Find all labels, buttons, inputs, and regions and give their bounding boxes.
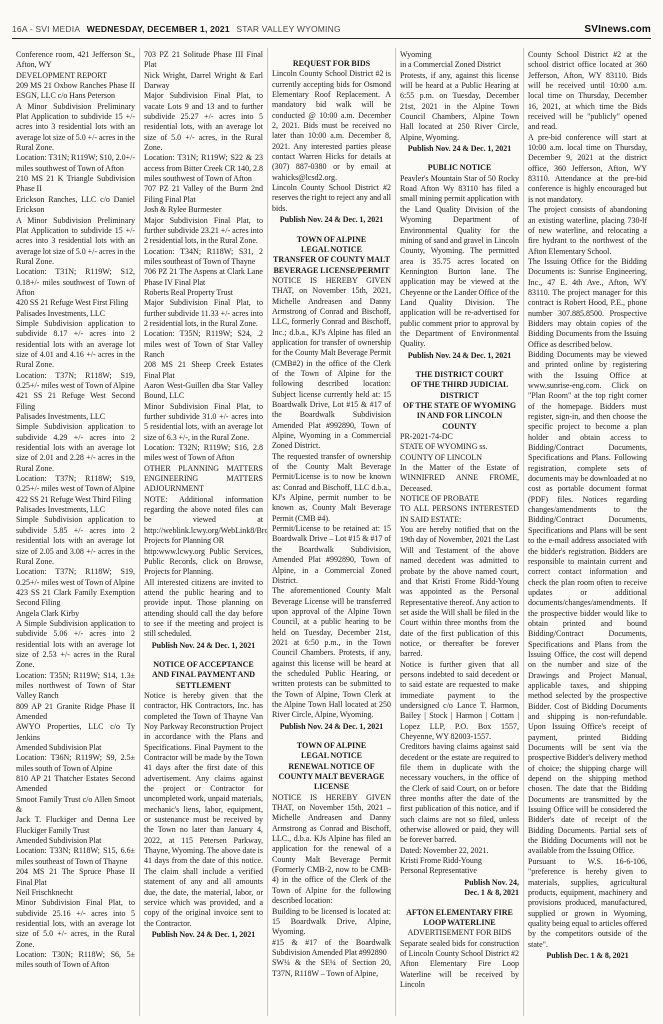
notice-paragraph: Palisades Investments, LLC <box>16 309 135 319</box>
notice-paragraph: Location: T36N; R119W; S9, 2.5± miles so… <box>16 753 135 774</box>
notice-heading: NOTICE OF ACCEPTANCE AND FINAL PAYMENT A… <box>144 660 263 691</box>
notice-heading: AFTON ELEMENTARY FIRE LOOP WATERLINE <box>400 908 519 929</box>
page-label: 16A - SVI MEDIA <box>12 24 80 34</box>
masthead: 16A - SVI MEDIA WEDNESDAY, DECEMBER 1, 2… <box>12 24 651 39</box>
notice-paragraph: Major Subdivision Final Plat, to further… <box>144 216 263 247</box>
notice-column-5: County School District #2 at the school … <box>523 48 651 1016</box>
newspaper-page: 16A - SVI MEDIA WEDNESDAY, DECEMBER 1, 2… <box>0 0 663 1024</box>
notice-paragraph: Josh & Rylee Burmester <box>144 205 263 215</box>
notice-paragraph: A Simple Subdivision application to subd… <box>16 619 135 671</box>
notice-paragraph: Building to be licensed is located at: 1… <box>272 907 391 938</box>
notice-paragraph: 703 PZ 21 Solitude Phase III Final Plat <box>144 50 263 71</box>
notice-column-4: Wyomingin a Commercial Zoned DistrictPro… <box>395 48 523 1016</box>
notice-paragraph: Separate sealed bids for construction of… <box>400 939 519 991</box>
notice-paragraph: Amended Subdivision Plat <box>16 743 135 753</box>
notice-paragraph: Location: T32N; R119W; S16, 2.8 miles we… <box>144 443 263 464</box>
notice-paragraph: Major Subdivision Final Plat, to vacate … <box>144 91 263 153</box>
notice-paragraph: Location: T35N; R119W; S14, 1.3± miles n… <box>16 671 135 702</box>
notice-paragraph: NOTICE IS HEREBY GIVEN THAT, on November… <box>272 276 391 452</box>
notice-paragraph: Location: T37N; R118W; S19, 0.25+/- mile… <box>16 371 135 392</box>
notice-heading: THE DISTRICT COURT OF THE THIRD JUDICIAL… <box>400 370 519 432</box>
notice-paragraph: Location: T31N; R119W; S10, 2.0+/- miles… <box>16 153 135 174</box>
notice-paragraph: NOTICE IS HEREBY GIVEN THAT, on November… <box>272 793 391 907</box>
notice-paragraph: 706 PZ 21 The Aspens at Clark Lane Phase… <box>144 267 263 288</box>
notice-paragraph: Aaron West-Guillen dba Star Valley Bound… <box>144 381 263 402</box>
notice-paragraph: A pre-bid conference will start at 10:00… <box>528 133 647 205</box>
notice-paragraph: Location: T35N; R119W; S24, .2 miles wes… <box>144 329 263 360</box>
notice-paragraph: A Minor Subdivision Preliminary Plat App… <box>16 216 135 268</box>
notice-heading: TOWN OF ALPINE LEGAL NOTICE TRANSFER OF … <box>272 235 391 276</box>
masthead-left: 16A - SVI MEDIA WEDNESDAY, DECEMBER 1, 2… <box>12 24 345 34</box>
notice-paragraph: Angela Clark Kirby <box>16 609 135 619</box>
notice-paragraph: Roberts Real Property Trust <box>144 288 263 298</box>
notice-paragraph: NOTE: Additional information regarding t… <box>144 495 263 547</box>
region-label: STAR VALLEY WYOMING <box>236 24 340 34</box>
website-label: SVInews.com <box>584 24 651 35</box>
notice-paragraph: Amended Subdivision Plat <box>16 836 135 846</box>
notice-paragraph: STATE OF WYOMING ss. <box>400 442 519 452</box>
notice-paragraph: Conference room, 421 Jefferson St., Afto… <box>16 50 135 71</box>
notice-paragraph: Nick Wright, Darrel Wright & Earl Darway <box>144 71 263 92</box>
notice-paragraph: 209 MS 21 Oxbow Ranches Phase II ESGN, L… <box>16 81 135 102</box>
notice-paragraph: Location: T31N; R119W; S22 & 23 access f… <box>144 153 263 184</box>
notice-paragraph: DEVELOPMENT REPORT <box>16 71 135 81</box>
notice-paragraph: A Minor Subdivision Preliminary Plat App… <box>16 102 135 154</box>
notice-paragraph: AWYO Properties, LLC c/o Ty Jenkins <box>16 722 135 743</box>
notice-publish: Publish Nov. 24 & Dec. 1, 2021 <box>272 722 391 732</box>
legal-notices-area: Conference room, 421 Jefferson St., Afto… <box>12 48 651 1016</box>
notice-paragraph: 707 PZ 21 Valley of the Burm 2nd Filing … <box>144 184 263 205</box>
notice-paragraph: 420 SS 21 Refuge West First Filing <box>16 298 135 308</box>
notice-paragraph: Location: T37N; R118W; S19, 0.25+/- mile… <box>16 474 135 495</box>
notice-paragraph: 210 MS 21 K Triangle Subdivision Phase I… <box>16 174 135 195</box>
notice-paragraph: 809 AP 21 Granite Ridge Phase II Amended <box>16 702 135 723</box>
notice-paragraph: Bidding Documents may be viewed and prin… <box>528 350 647 857</box>
notice-paragraph: The project consists of abandoning an ex… <box>528 205 647 257</box>
notice-paragraph: Palisades Investments, LLC <box>16 505 135 515</box>
notice-paragraph: Kristi Frome Ridd-Young <box>400 856 519 866</box>
notice-publish: Publish Nov. 24 & Dec. 1, 2021 <box>400 144 519 154</box>
notice-paragraph: http:www.lcwy.org Public Services, Publi… <box>144 547 263 578</box>
notice-paragraph: The aforementioned County Malt Beverage … <box>272 586 391 720</box>
notice-paragraph: Protests, if any, against this license w… <box>400 71 519 143</box>
notice-paragraph: 422 SS 21 Refuge West Third Filing <box>16 495 135 505</box>
notice-paragraph: Major Subdivision Final Plat, to further… <box>144 298 263 329</box>
notice-heading: REQUEST FOR BIDS <box>272 59 391 69</box>
notice-paragraph: 810 AP 21 Thatcher Estates Second Amende… <box>16 774 135 795</box>
notice-paragraph: Permit/License to be retained at: 15 Boa… <box>272 524 391 586</box>
issue-date: WEDNESDAY, DECEMBER 1, 2021 <box>87 24 230 34</box>
notice-publish: Publish Nov. 24 & Dec. 1, 2021 <box>144 930 263 940</box>
notice-paragraph: 204 MS 21 The Spruce Phase II Final Plat <box>16 867 135 888</box>
notice-paragraph: Notice is further given that all persons… <box>400 660 519 743</box>
notice-paragraph: You are hereby notified that on the 19th… <box>400 525 519 659</box>
notice-paragraph: NOTICE OF PROBATE <box>400 494 519 504</box>
notice-paragraph: Peavler's Mountain Star of 50 Rocky Road… <box>400 174 519 350</box>
notice-paragraph: Simple Subdivision application to subdiv… <box>16 422 135 474</box>
notice-paragraph: Palisades Investments, LLC <box>16 412 135 422</box>
notice-paragraph: Jack T. Fluckiger and Denna Lee Fluckige… <box>16 815 135 836</box>
notice-paragraph: Minor Subdivision Final Plat, to further… <box>144 402 263 443</box>
notice-column-3: REQUEST FOR BIDSLincoln County School Di… <box>267 48 395 1016</box>
notice-paragraph: in a Commercial Zoned District <box>400 60 519 70</box>
notice-paragraph: Simple Subdivision application to subdiv… <box>16 515 135 567</box>
notice-paragraph: #15 & #17 of the Boardwalk Subdivision A… <box>272 938 391 959</box>
notice-paragraph: Location: T37N; R118W; S19, 0.25+/- mile… <box>16 567 135 588</box>
notice-paragraph: Erickson Ranches, LLC c/o Daniel Erickso… <box>16 195 135 216</box>
notice-column-2: 703 PZ 21 Solitude Phase III Final PlatN… <box>139 48 267 1016</box>
notice-paragraph: Wyoming <box>400 50 519 60</box>
notice-paragraph: Location: T31N; R119W; S12, 0.18+/- mile… <box>16 267 135 298</box>
notice-paragraph: Location: T34N; R118W; S31, 2 miles sout… <box>144 247 263 268</box>
notice-paragraph: Lincoln County School District #2 is cur… <box>272 69 391 183</box>
notice-paragraph: OTHER PLANNING MATTERS ENGINEERING MATTE… <box>144 464 263 495</box>
notice-paragraph: Simple Subdivision application to subdiv… <box>16 319 135 371</box>
notice-paragraph: All interested citizens are invited to a… <box>144 578 263 640</box>
notice-heading: PUBLIC NOTICE <box>400 163 519 173</box>
notice-publish: Publish Nov. 24 & Dec. 1, 2021 <box>400 351 519 361</box>
notice-publish: Publish Nov. 24 & Dec. 1, 2021 <box>144 641 263 651</box>
notice-paragraph: The Issuing Office for the Bidding Docum… <box>528 257 647 350</box>
notice-publish: Publish Nov. 24 & Dec. 1, 2021 <box>272 215 391 225</box>
notice-paragraph: Location: T30N; R118W; S6, 5± miles sout… <box>16 950 135 971</box>
notice-paragraph: 208 MS 21 Sheep Creek Estates Final Plat <box>144 360 263 381</box>
notice-paragraph: Lincoln County School District #2 reserv… <box>272 183 391 214</box>
notice-paragraph: Location: T33N; R118W; S15, 6.6± miles s… <box>16 846 135 867</box>
notice-paragraph: Neil Frischknecht <box>16 888 135 898</box>
notice-paragraph: Pursuant to W.S. 16-6-106, "preference i… <box>528 857 647 950</box>
notice-paragraph: TO ALL PERSONS INTERESTED IN SAID ESTATE… <box>400 504 519 525</box>
notice-paragraph: Personal Representative <box>400 866 519 876</box>
notice-paragraph: 423 SS 21 Clark Family Exemption Second … <box>16 588 135 609</box>
notice-paragraph: Dated: November 22, 2021. <box>400 846 519 856</box>
notice-paragraph: SW¼ & the SE¼ of Section 20, T37N, R118W… <box>272 958 391 979</box>
notice-paragraph: Smoot Family Trust c/o Allen Smoot & <box>16 795 135 816</box>
notice-paragraph: Minor Subdivision Final Plat, to subdivi… <box>16 898 135 950</box>
notice-heading: TOWN OF ALPINE LEGAL NOTICE RENEWAL NOTI… <box>272 741 391 793</box>
notice-paragraph: COUNTY OF LINCOLN <box>400 453 519 463</box>
notice-paragraph: PR-2021-74-DC <box>400 432 519 442</box>
notice-paragraph: County School District #2 at the school … <box>528 50 647 133</box>
notice-publish: Publish Dec. 1 & 8, 2021 <box>528 951 647 961</box>
notice-paragraph: 421 SS 21 Refuge West Second Filing <box>16 391 135 412</box>
notice-subhead: ADVERTISEMENT FOR BIDS <box>400 928 519 938</box>
notice-publish-right: Publish Nov. 24, Dec. 1 & 8, 2021 <box>400 878 519 899</box>
notice-paragraph: The requested transfer of ownership of t… <box>272 452 391 524</box>
notice-paragraph: Creditors having claims against said dec… <box>400 742 519 845</box>
notice-column-1: Conference room, 421 Jefferson St., Afto… <box>12 48 139 1016</box>
notice-paragraph: Notice is hereby given that the contract… <box>144 691 263 929</box>
notice-paragraph: In the Matter of the Estate of WINNIFRED… <box>400 463 519 494</box>
